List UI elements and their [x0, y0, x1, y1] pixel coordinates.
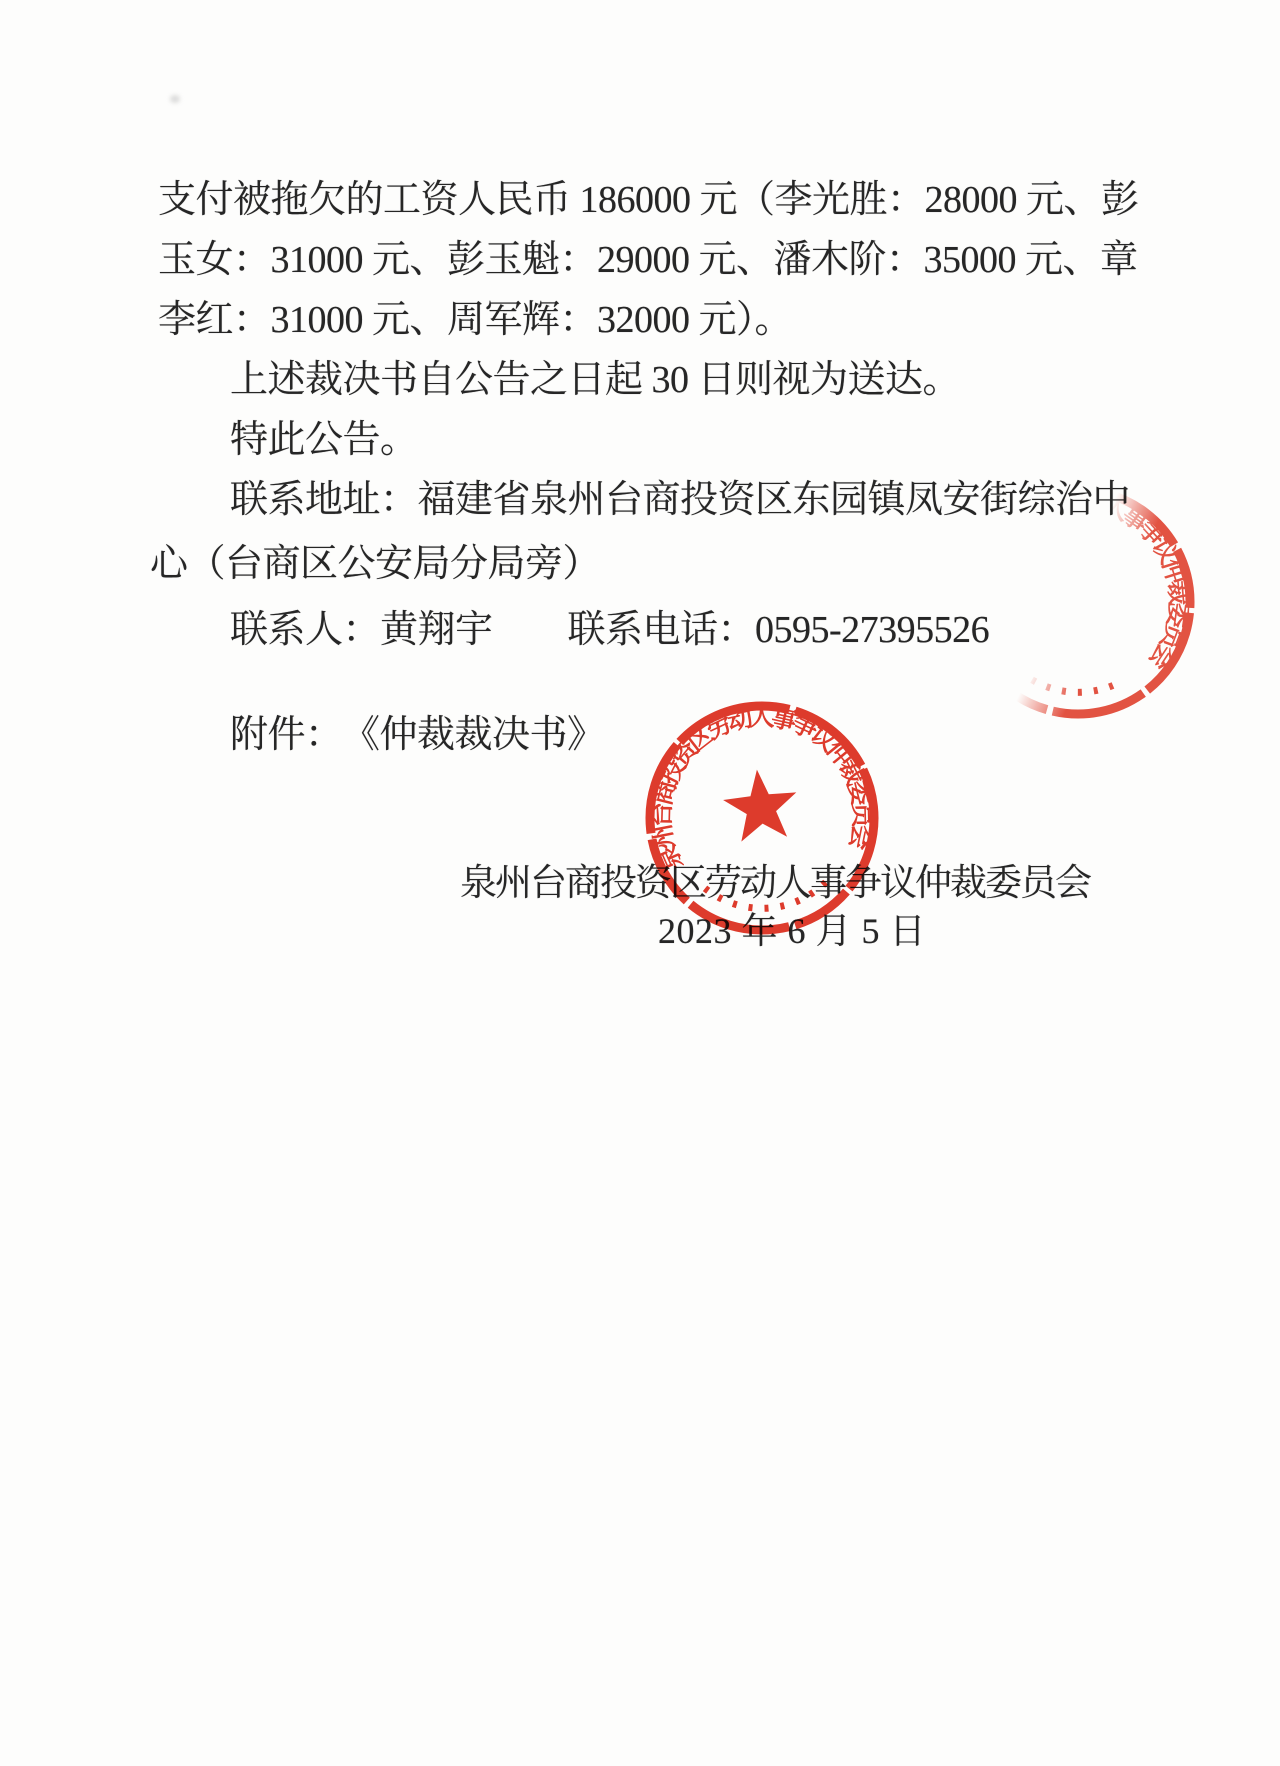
official-seal-stamp: 泉州台商投资区劳动人事争议仲裁委员会 [617, 673, 907, 963]
body-line-2: 玉女：31000 元、彭玉魁：29000 元、潘木阶：35000 元、章 [158, 228, 1138, 283]
body-line-1: 支付被拖欠的工资人民币 186000 元（李光胜：28000 元、彭 [158, 168, 1139, 223]
body-line-7: 心（台商区公安局分局旁） [150, 532, 600, 587]
scan-smudge [170, 95, 180, 103]
body-line-5: 特此公告。 [230, 408, 418, 463]
partial-seal-ring-text: 泉州台商投资区劳动人事争议仲裁委员会 [954, 459, 1220, 678]
star-icon [720, 766, 801, 843]
body-line-contact: 联系人：黄翔宇 联系电话：0595-27395526 [230, 598, 989, 653]
body-line-attachment: 附件： 《仲裁裁决书》 [230, 703, 605, 758]
seal-bottom-dots [705, 875, 835, 915]
scanned-notice-page: 支付被拖欠的工资人民币 186000 元（李光胜：28000 元、彭 玉女：31… [0, 0, 1280, 1766]
body-line-4: 上述裁决书自公告之日起 30 日则视为送达。 [230, 348, 960, 403]
body-line-3: 李红：31000 元、周军辉：32000 元）。 [158, 288, 792, 343]
